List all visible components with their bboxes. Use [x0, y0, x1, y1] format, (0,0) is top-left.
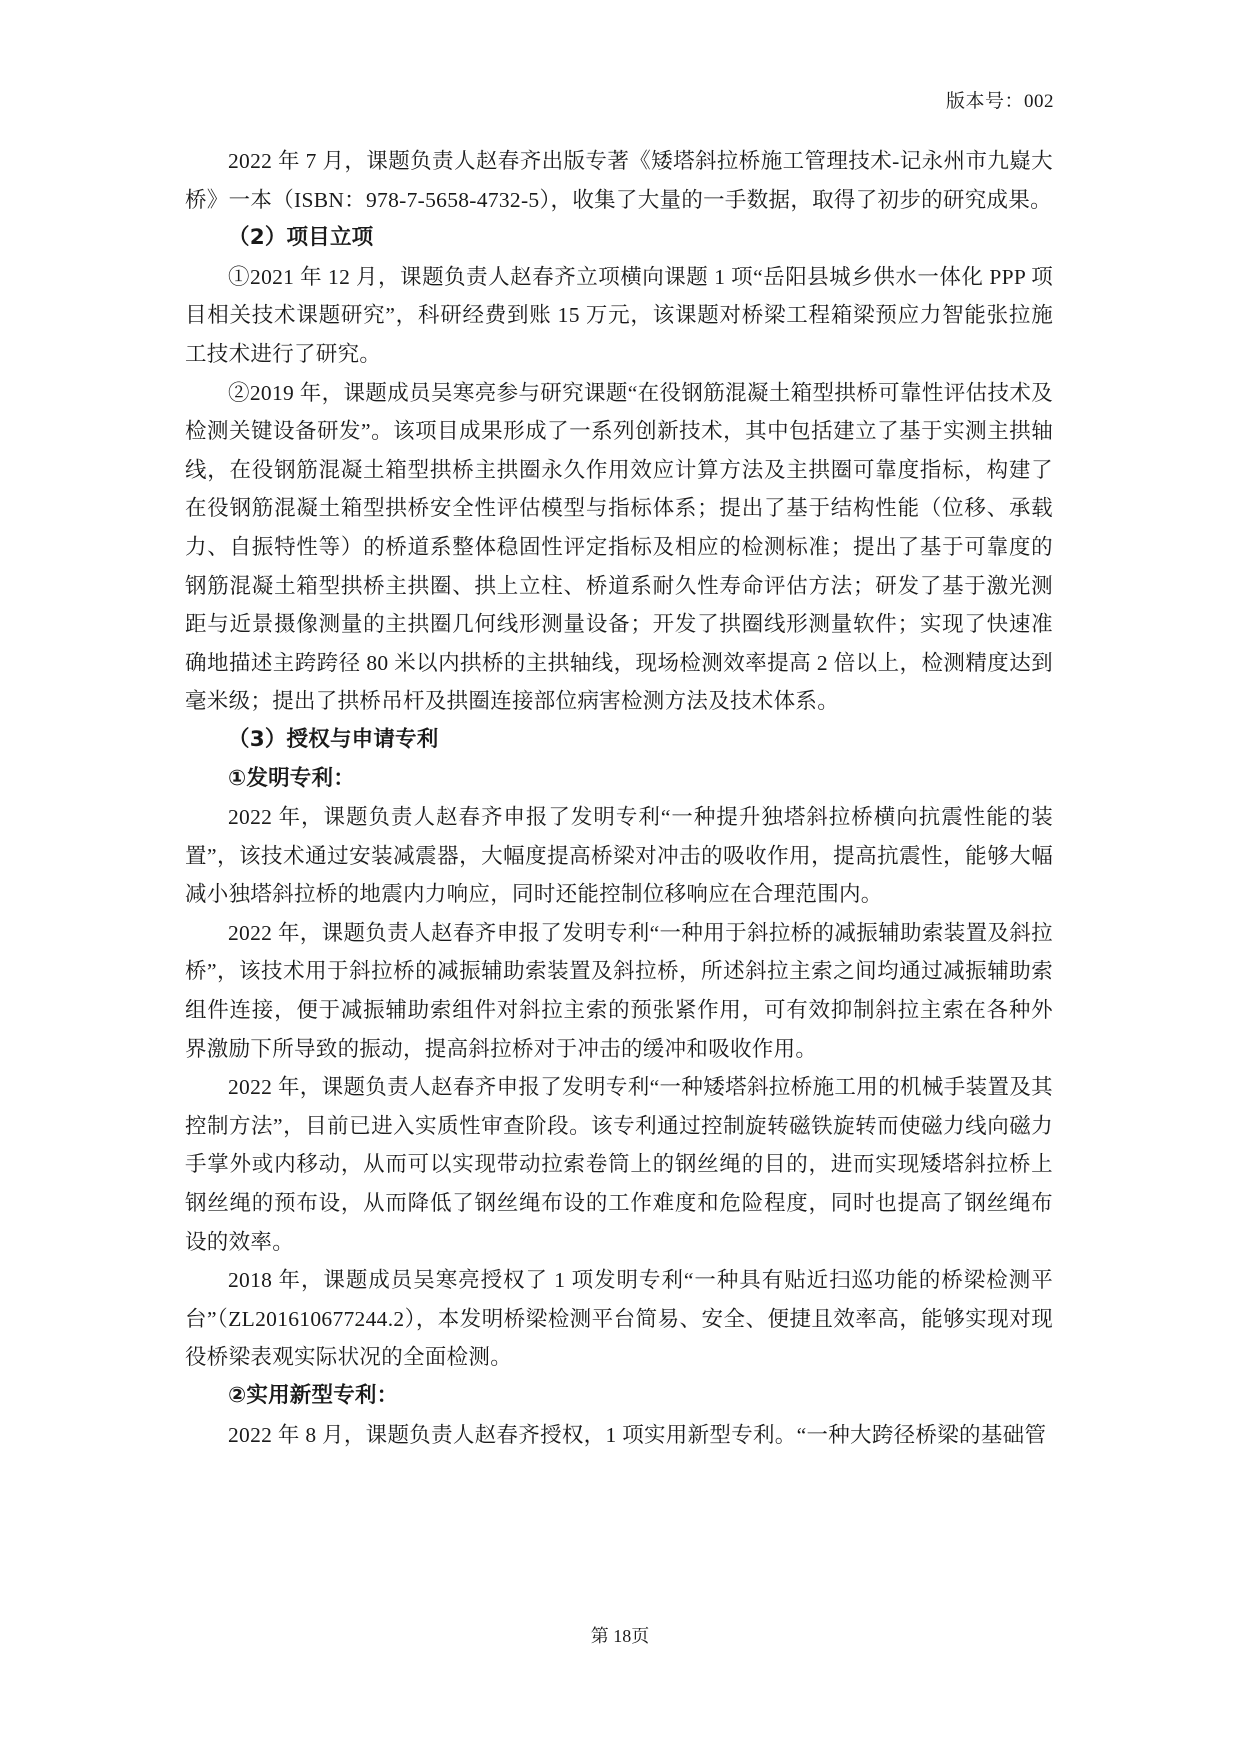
paragraph-utility-1: 2022 年 8 月，课题负责人赵春齐授权，1 项实用新型专利。“一种大跨径桥梁…: [185, 1416, 1053, 1455]
heading-project-approval: （2）项目立项: [185, 219, 1053, 258]
paragraph-patent-3: 2022 年，课题负责人赵春齐申报了发明专利“一种矮塔斜拉桥施工用的机械手装置及…: [185, 1068, 1053, 1261]
paragraph-monograph: 2022 年 7 月，课题负责人赵春齐出版专著《矮塔斜拉桥施工管理技术-记永州市…: [185, 142, 1053, 219]
heading-patents: （3）授权与申请专利: [185, 721, 1053, 760]
paragraph-patent-1: 2022 年，课题负责人赵春齐申报了发明专利“一种提升独塔斜拉桥横向抗震性能的装…: [185, 798, 1053, 914]
heading-invention-patents: ①发明专利：: [185, 760, 1053, 799]
heading-utility-patents: ②实用新型专利：: [185, 1377, 1053, 1416]
paragraph-project-1: ①2021 年 12 月，课题负责人赵春齐立项横向课题 1 项“岳阳县城乡供水一…: [185, 258, 1053, 374]
paragraph-patent-4: 2018 年，课题成员吴寒亮授权了 1 项发明专利“一种具有贴近扫巡功能的桥梁检…: [185, 1261, 1053, 1377]
page-number: 第 18页: [0, 1622, 1240, 1648]
paragraph-patent-2: 2022 年，课题负责人赵春齐申报了发明专利“一种用于斜拉桥的减振辅助索装置及斜…: [185, 914, 1053, 1068]
paragraph-project-2: ②2019 年，课题成员吴寒亮参与研究课题“在役钢筋混凝土箱型拱桥可靠性评估技术…: [185, 374, 1053, 721]
version-number: 版本号：002: [946, 86, 1054, 113]
document-body: 2022 年 7 月，课题负责人赵春齐出版专著《矮塔斜拉桥施工管理技术-记永州市…: [185, 142, 1053, 1454]
